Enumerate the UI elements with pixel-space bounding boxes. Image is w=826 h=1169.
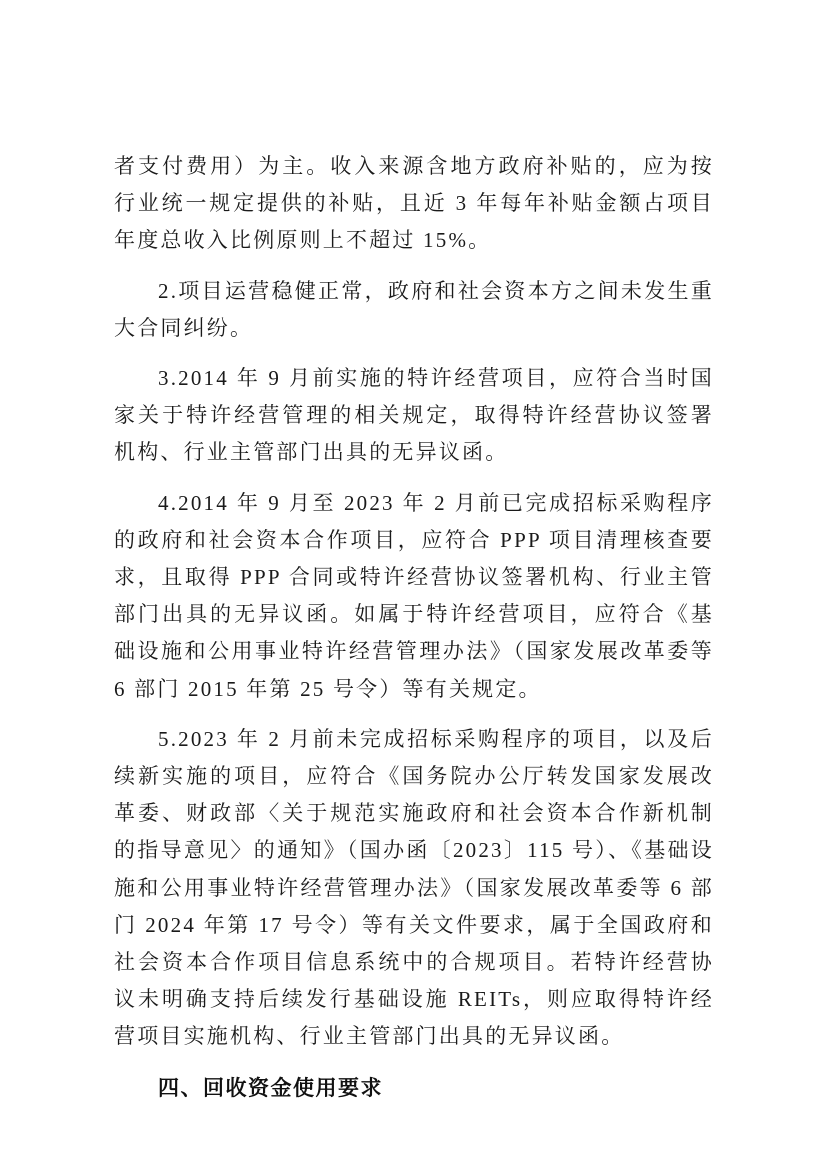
paragraph-item-4: 4.2014 年 9 月至 2023 年 2 月前已完成招标采购程序的政府和社会… [114, 485, 714, 708]
paragraph-continuation: 者支付费用）为主。收入来源含地方政府补贴的，应为按行业统一规定提供的补贴，且近 … [114, 148, 714, 260]
paragraph-item-3: 3.2014 年 9 月前实施的特许经营项目，应符合当时国家关于特许经营管理的相… [114, 360, 714, 472]
section-heading: 四、回收资金使用要求 [114, 1070, 714, 1107]
paragraph-item-2: 2.项目运营稳健正常，政府和社会资本方之间未发生重大合同纠纷。 [114, 273, 714, 347]
paragraph-item-5: 5.2023 年 2 月前未完成招标采购程序的项目，以及后续新实施的项目，应符合… [114, 721, 714, 1056]
document-page: 者支付费用）为主。收入来源含地方政府补贴的，应为按行业统一规定提供的补贴，且近 … [114, 148, 714, 1107]
